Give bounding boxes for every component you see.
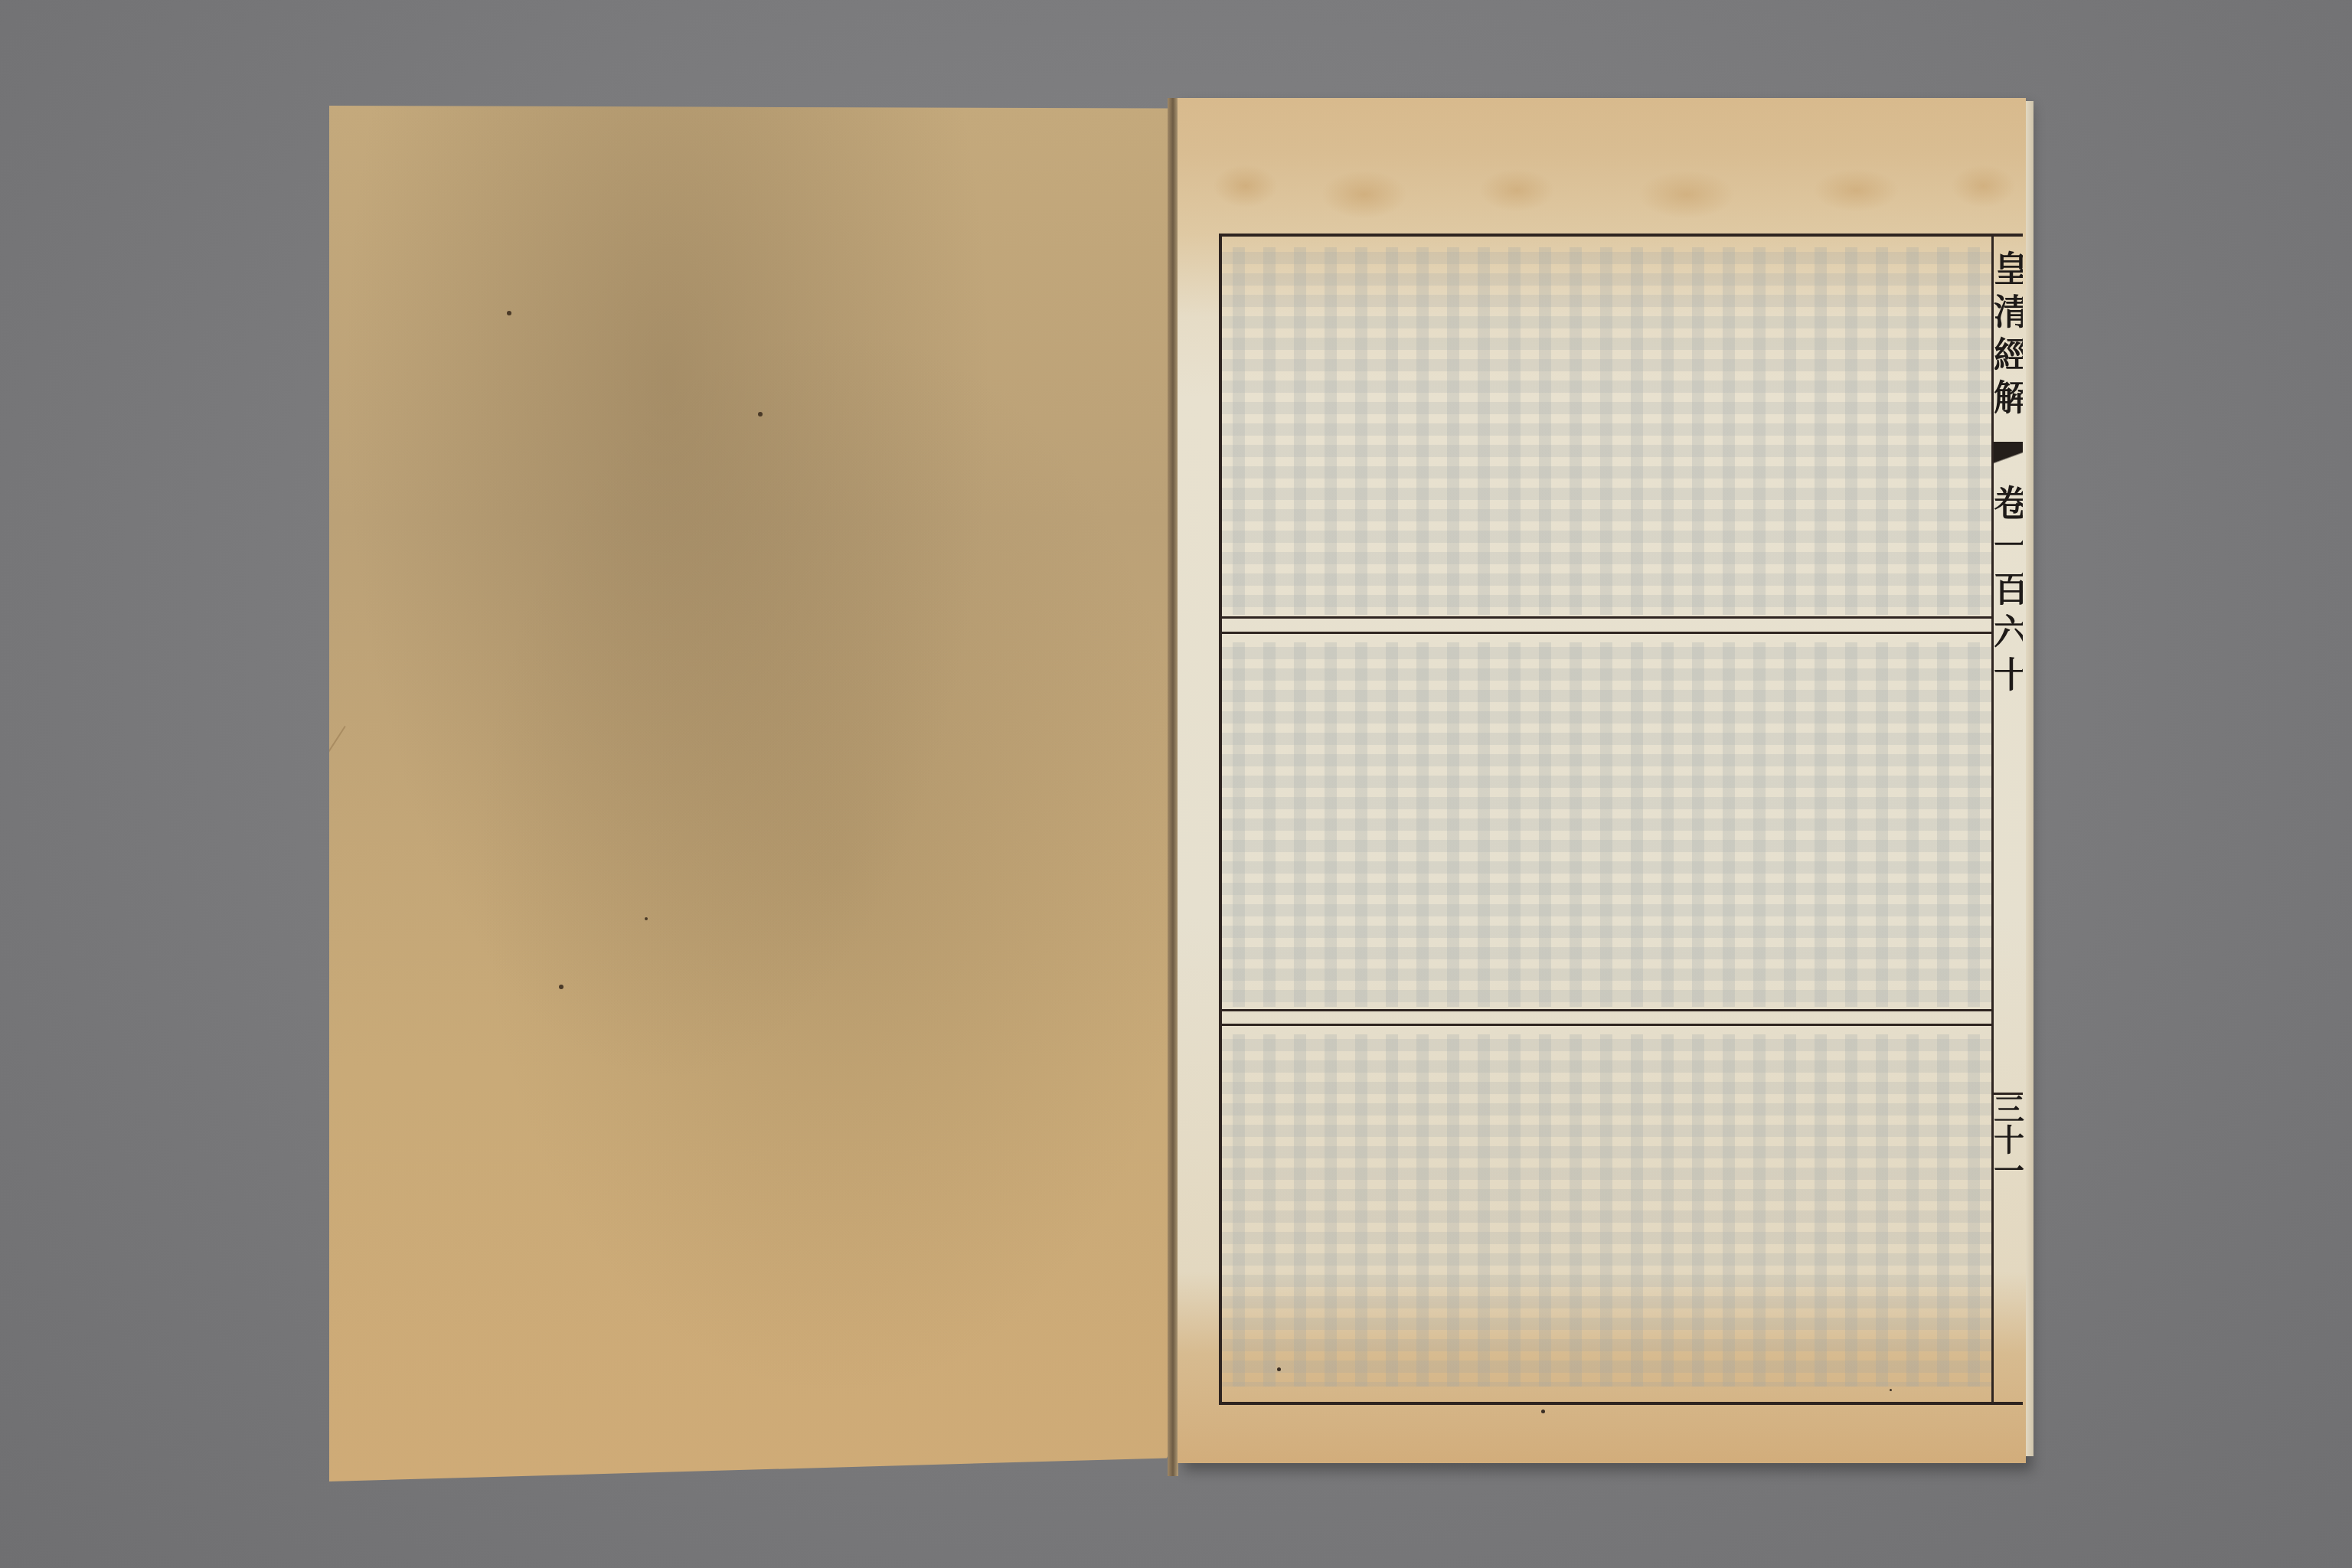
banxin-juan-char: 一: [1994, 524, 2023, 567]
right-page-printed-leaf: 皇 清 經 解 卷 一 百 六 十 三 十 一: [1178, 98, 2026, 1463]
register-divider: [1222, 1009, 1991, 1011]
banxin-juan-char: 百: [1994, 567, 2023, 610]
book-gutter: [1168, 98, 1178, 1476]
banxin-juan-char: 六: [1994, 610, 2023, 653]
fish-tail-mark-icon: [1994, 442, 2023, 474]
register-middle-bleed-text: [1222, 642, 1991, 1007]
register-divider: [1222, 616, 1991, 619]
foxing-speck: [507, 311, 511, 315]
left-page-blank-leaf: [329, 106, 1175, 1481]
folio-char: 三: [1994, 1095, 2023, 1125]
page-stack-edge: [2026, 101, 2033, 1456]
foxing-speck: [559, 985, 563, 989]
printed-frame: [1219, 234, 1994, 1405]
banxin-folio-number: 三 十 一: [1994, 1093, 2023, 1187]
register-bottom-bleed-text: [1222, 1034, 1991, 1387]
foxing-speck: [645, 917, 648, 920]
banxin-title-char: 經: [1994, 333, 2023, 376]
folio-char: 一: [1994, 1156, 2023, 1187]
banxin-title-char: 解: [1994, 376, 2023, 419]
banxin-juan-char: 卷: [1994, 482, 2023, 524]
folio-char: 十: [1994, 1125, 2023, 1156]
foxing-speck: [1541, 1410, 1545, 1413]
register-divider: [1222, 632, 1991, 634]
foxing-speck: [1277, 1367, 1281, 1371]
banxin-title: 皇 清 經 解: [1994, 247, 2023, 419]
banxin-juan-char: 十: [1994, 653, 2023, 696]
foxing-speck: [1890, 1389, 1892, 1391]
banxin-spine-column: 皇 清 經 解 卷 一 百 六 十 三 十 一: [1994, 234, 2023, 1405]
register-divider: [1222, 1024, 1991, 1026]
banxin-title-char: 皇: [1994, 247, 2023, 290]
banxin-title-char: 清: [1994, 290, 2023, 333]
foxing-speck: [758, 412, 763, 416]
register-top-bleed-text: [1222, 247, 1991, 615]
water-stain: [1178, 144, 2026, 228]
banxin-juan-number: 卷 一 百 六 十: [1994, 482, 2023, 696]
